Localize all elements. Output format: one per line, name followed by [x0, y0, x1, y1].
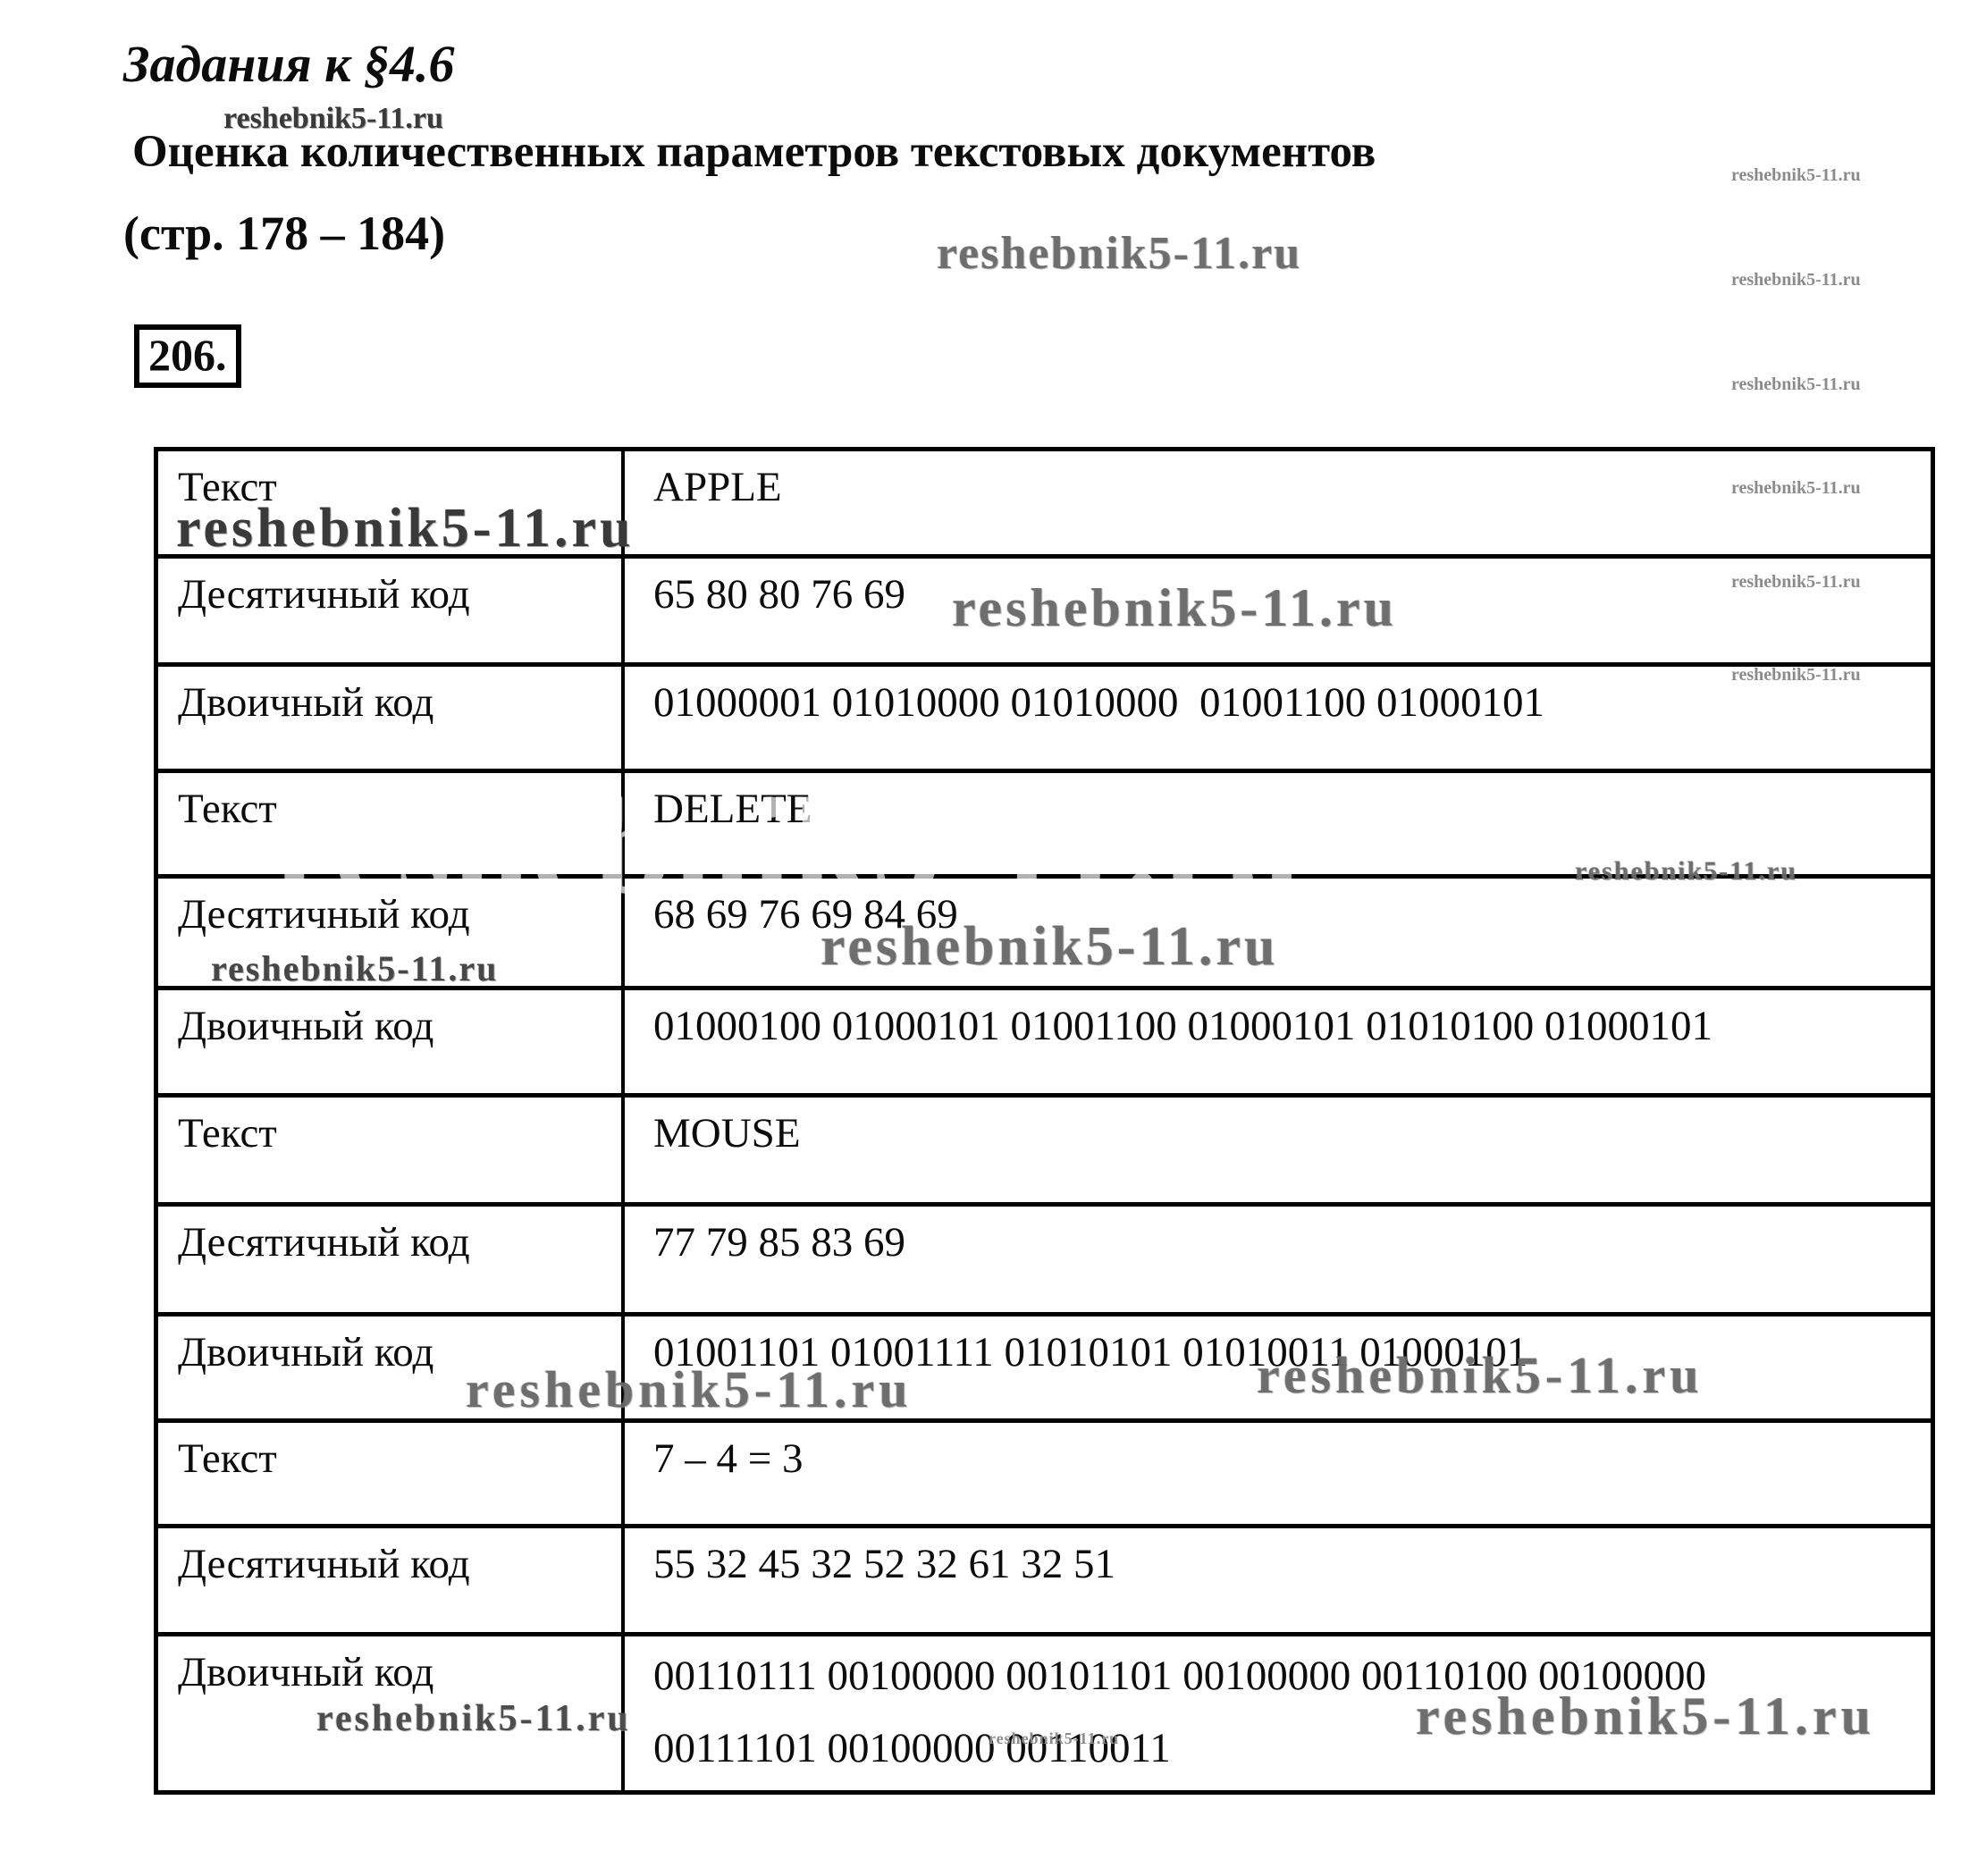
site-watermark: reshebnik5-11.ru — [937, 231, 1301, 277]
site-watermark-small: reshebnik5-11.ru — [1731, 573, 1861, 591]
site-watermark: reshebnik5-11.ru — [1257, 1350, 1704, 1401]
page-title: Оценка количественных параметров текстов… — [132, 127, 1376, 177]
ghost-watermark-band: reshebnik5-11.ru — [273, 778, 1303, 916]
row-label: Двоичный код — [158, 667, 625, 773]
pages-range: (стр. 178 – 184) — [123, 207, 445, 260]
site-watermark-small: reshebnik5-11.ru — [1731, 666, 1861, 684]
problem-number-badge: 206. — [134, 324, 241, 388]
row-value: MOUSE — [625, 1098, 1931, 1207]
row-value: 55 32 45 32 52 32 61 32 51 — [625, 1528, 1931, 1636]
row-label: Десятичный код — [158, 1528, 625, 1636]
row-label: Текст — [158, 1098, 625, 1207]
row-value: 01000100 01000101 01001100 01000101 0101… — [625, 990, 1931, 1098]
site-watermark: reshebnik5-11.ru — [176, 501, 634, 556]
row-label: Десятичный код — [158, 559, 625, 667]
site-watermark: reshebnik5-11.ru — [820, 919, 1278, 974]
site-watermark-small: reshebnik5-11.ru — [1731, 166, 1861, 184]
site-watermark: reshebnik5-11.ru — [316, 1700, 631, 1737]
site-watermark-small: reshebnik5-11.ru — [1731, 271, 1861, 289]
row-value: 7 – 4 = 3 — [625, 1423, 1931, 1528]
section-header: Задания к §4.6 — [123, 36, 455, 93]
site-watermark-small: reshebnik5-11.ru — [1731, 375, 1861, 393]
site-watermark-small: reshebnik5-11.ru — [1731, 479, 1861, 497]
site-watermark: reshebnik5-11.ru — [1575, 858, 1797, 885]
row-label: Текст — [158, 1423, 625, 1528]
row-label: Десятичный код — [158, 1207, 625, 1317]
site-watermark: reshebnik5-11.ru — [952, 581, 1397, 635]
site-watermark: reshebnik5-11.ru — [211, 951, 498, 987]
row-value: APPLE — [625, 451, 1931, 559]
encoding-table: Текст APPLE Десятичный код 65 80 80 76 6… — [154, 447, 1935, 1795]
row-label: Двоичный код — [158, 990, 625, 1098]
site-watermark: reshebnik5-11.ru — [466, 1364, 913, 1416]
row-value: 77 79 85 83 69 — [625, 1207, 1931, 1317]
site-watermark-small: reshebnik5-11.ru — [989, 1730, 1119, 1746]
site-watermark: reshebnik5-11.ru — [1416, 1689, 1875, 1743]
